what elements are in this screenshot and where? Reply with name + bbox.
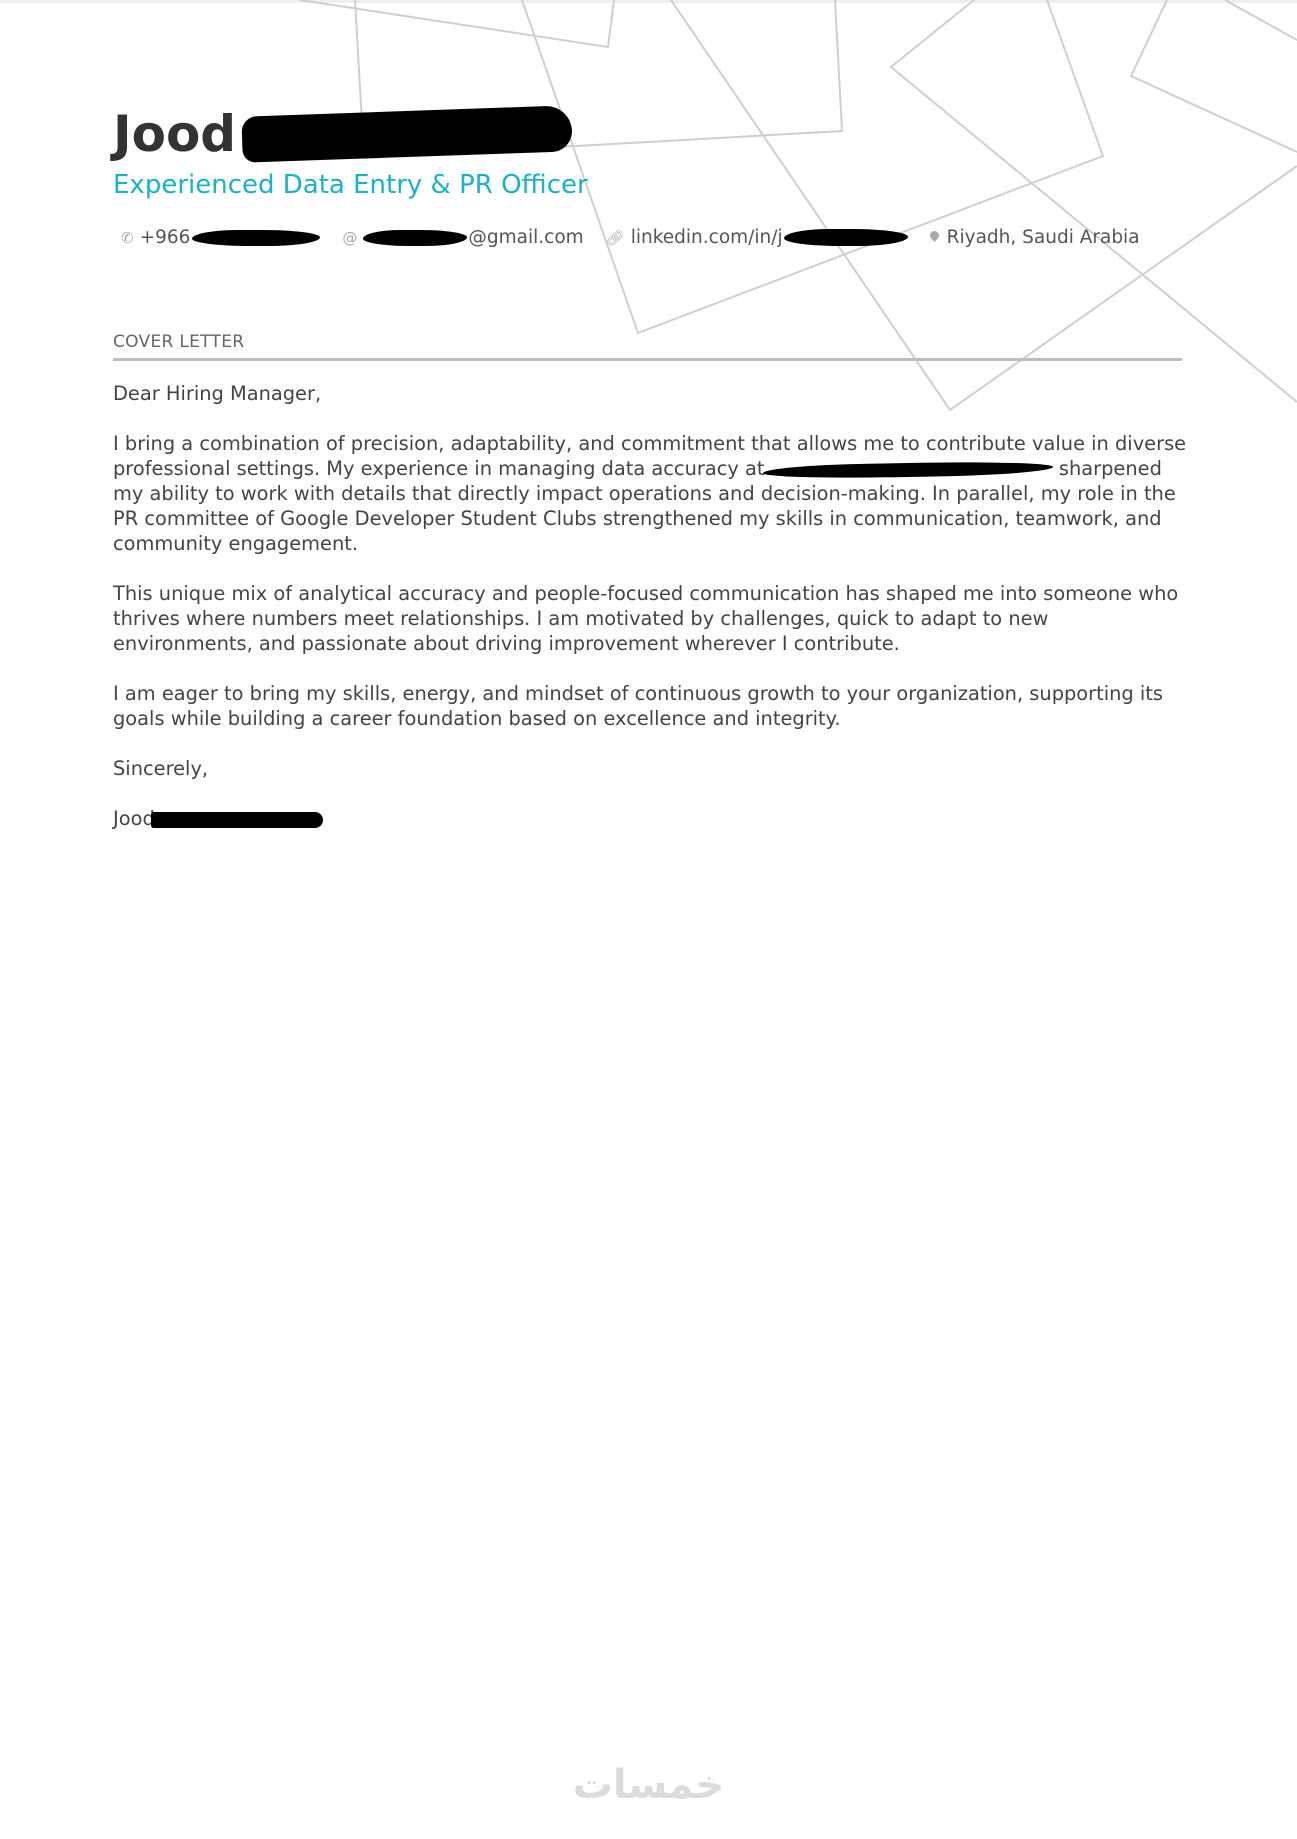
redacted-email — [363, 230, 467, 246]
redacted-phone — [192, 230, 320, 246]
salutation: Dear Hiring Manager, — [113, 381, 1188, 406]
phone-icon: ✆ — [121, 229, 134, 247]
redacted-last-name — [241, 105, 572, 162]
job-title: Experienced Data Entry & PR Officer — [113, 170, 588, 200]
paragraph-2: This unique mix of analytical accuracy a… — [113, 581, 1188, 656]
phone-text: +966 — [140, 227, 191, 248]
contact-info-row: ✆ +966 @ @gmail.com 🔗︎ linkedin.com/in/j… — [121, 227, 1162, 248]
section-header: COVER LETTER — [113, 332, 1182, 361]
section-title: COVER LETTER — [113, 332, 1182, 352]
redacted-signature — [151, 812, 323, 828]
redacted-linkedin — [784, 229, 908, 246]
at-icon: @ — [342, 229, 357, 247]
section-divider — [113, 358, 1182, 361]
paragraph-1-start: I bring a combination of precision, adap… — [113, 432, 1186, 480]
redacted-company-name — [763, 460, 1053, 479]
contact-location: Riyadh, Saudi Arabia — [930, 227, 1140, 248]
link-icon: 🔗︎ — [606, 229, 625, 247]
contact-phone: ✆ +966 — [121, 227, 320, 248]
location-text: Riyadh, Saudi Arabia — [947, 227, 1140, 248]
letter-body: Dear Hiring Manager, I bring a combinati… — [113, 381, 1188, 856]
signature: Jood — [113, 806, 1188, 831]
paragraph-3: I am eager to bring my skills, energy, a… — [113, 681, 1188, 731]
paragraph-1: I bring a combination of precision, adap… — [113, 431, 1188, 556]
signature-first-name: Jood — [113, 807, 155, 830]
linkedin-text: linkedin.com/in/j — [631, 227, 783, 248]
closing: Sincerely, — [113, 756, 1188, 781]
contact-email[interactable]: @ @gmail.com — [342, 227, 583, 248]
contact-linkedin[interactable]: 🔗︎ linkedin.com/in/j — [606, 227, 908, 248]
watermark-logo: خمسات — [0, 1762, 1297, 1808]
first-name: Jood — [113, 105, 236, 163]
map-pin-icon — [928, 229, 941, 242]
name-heading: Jood — [113, 102, 572, 166]
email-text: @gmail.com — [468, 227, 583, 248]
